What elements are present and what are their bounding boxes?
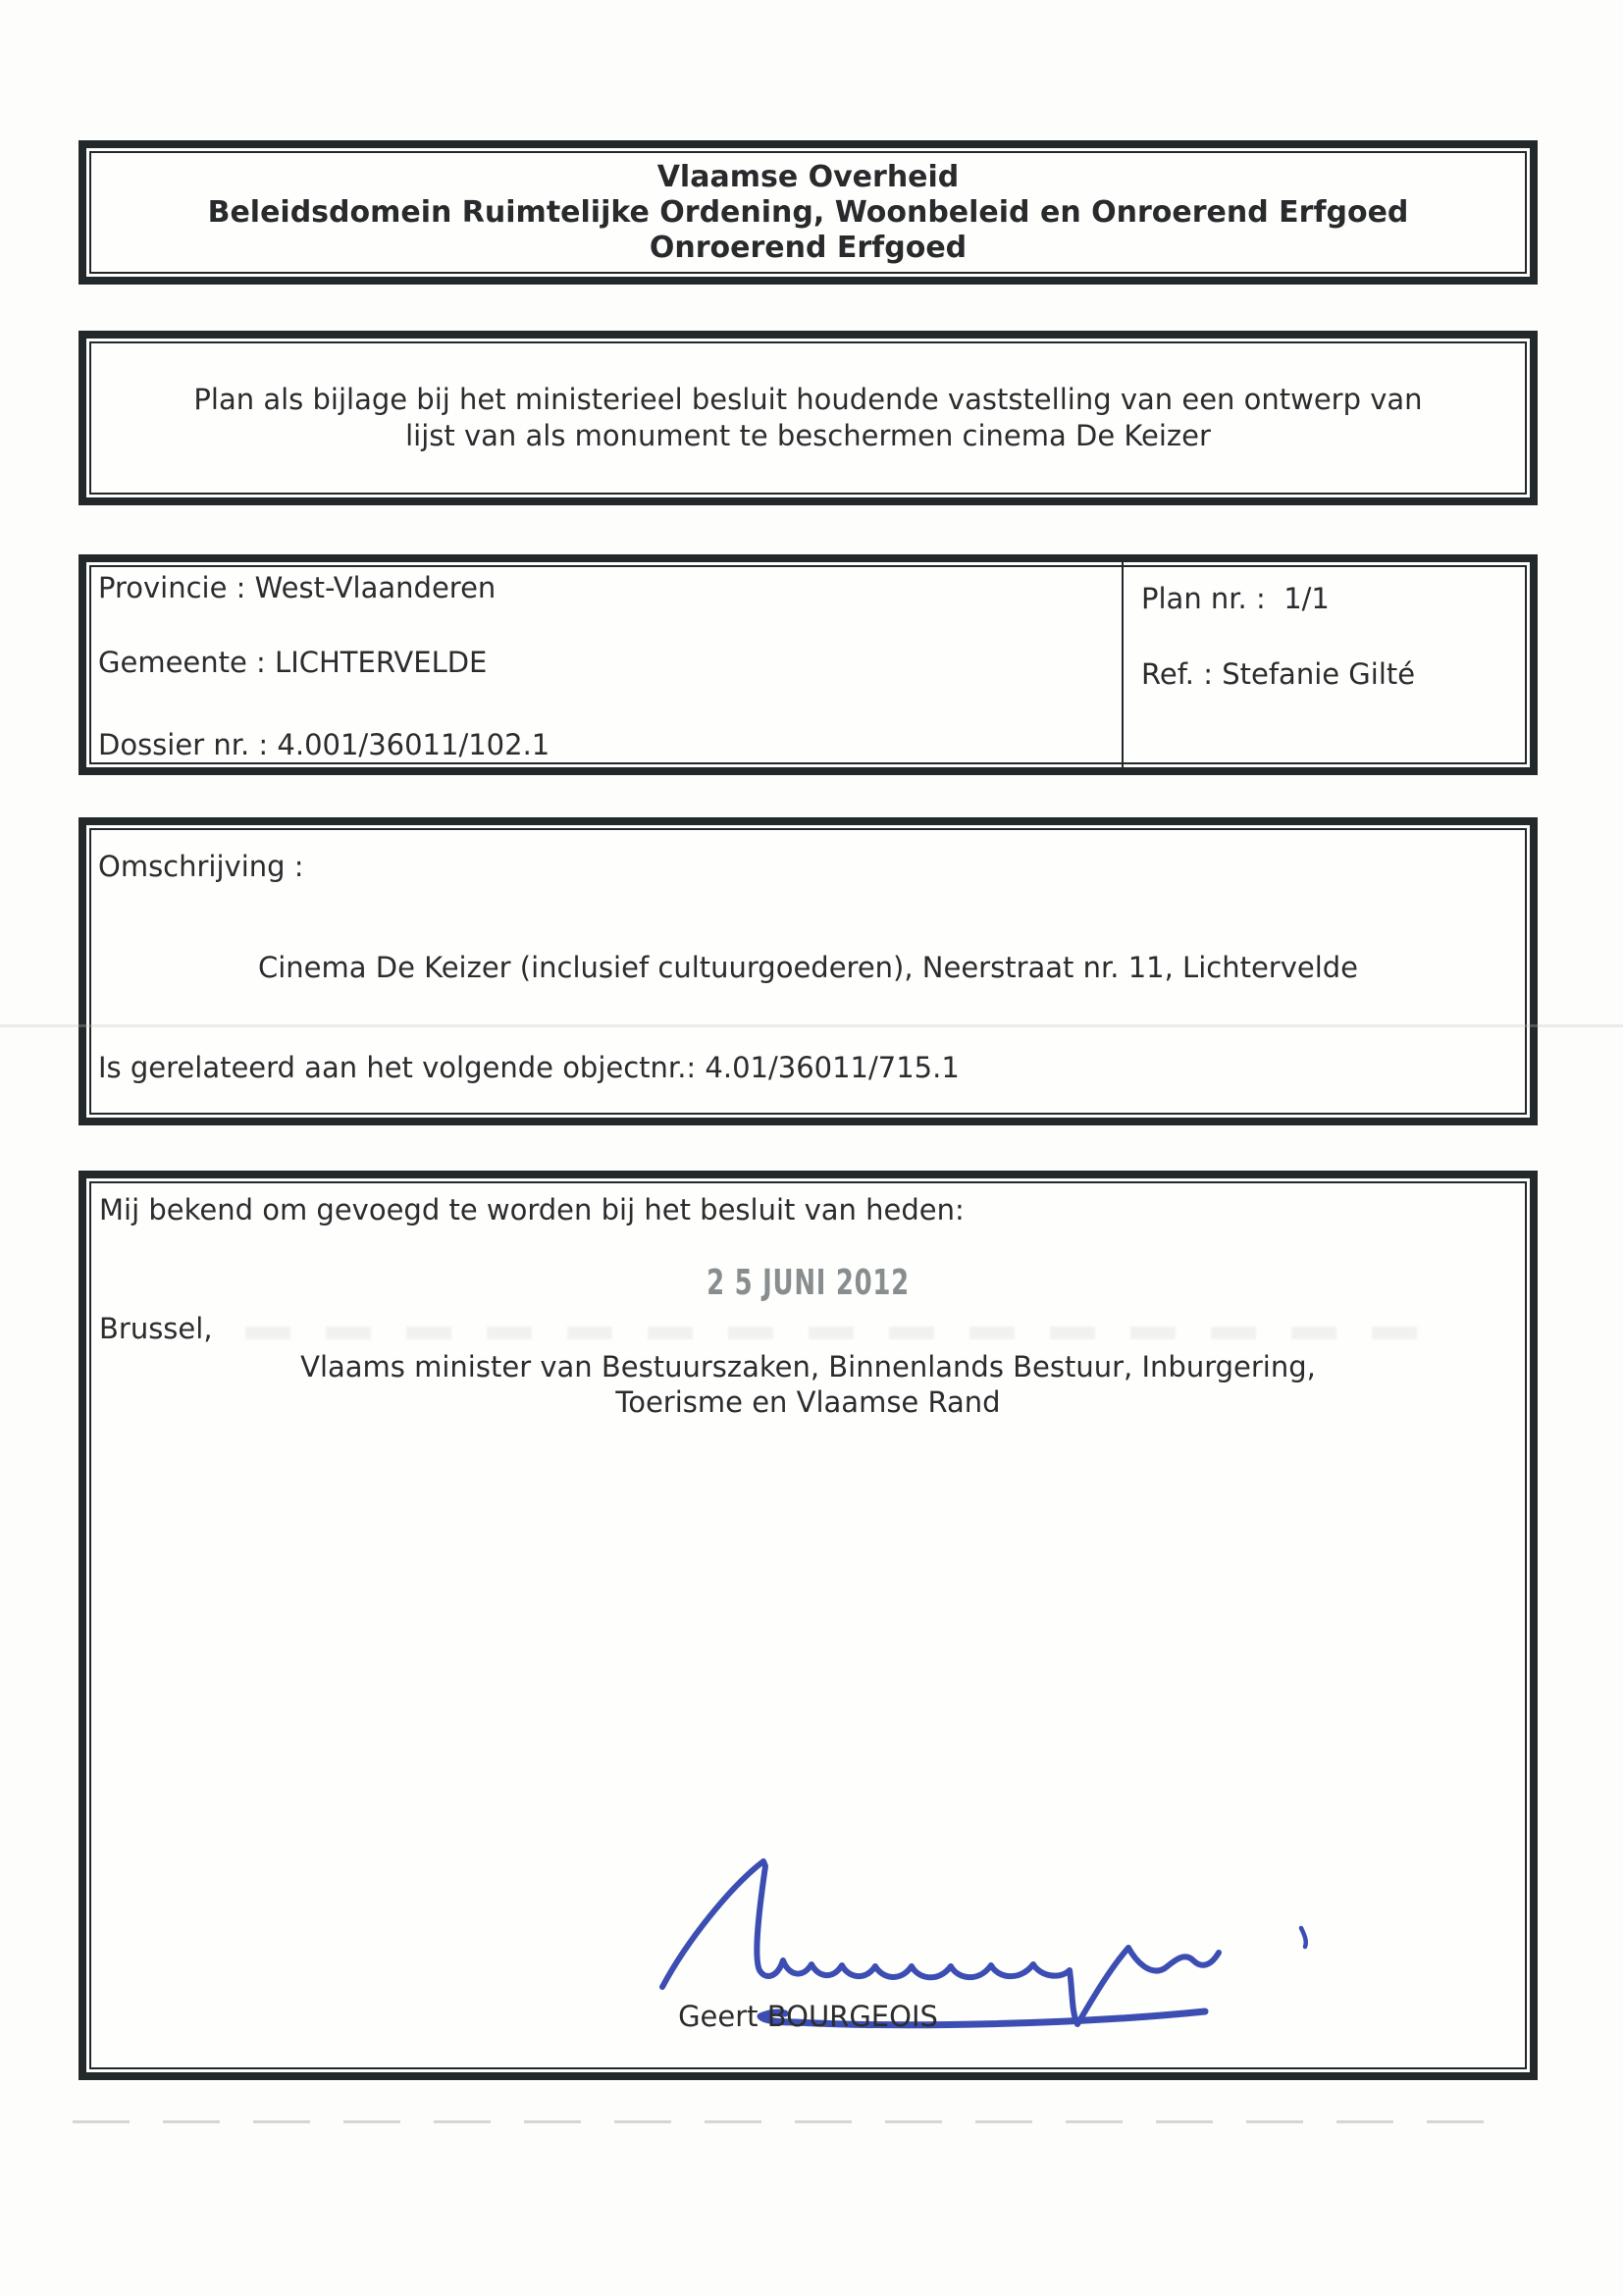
org-agency: Onroerend Erfgoed xyxy=(86,231,1530,266)
column-divider xyxy=(1122,562,1124,767)
description-box: Omschrijving : Cinema De Keizer (inclusi… xyxy=(79,817,1538,1125)
minister-title-line2: Toerisme en Vlaamse Rand xyxy=(86,1384,1530,1420)
org-policy-domain: Beleidsdomein Ruimtelijke Ordening, Woon… xyxy=(86,195,1530,231)
monument-description: Cinema De Keizer (inclusief cultuurgoede… xyxy=(86,950,1530,985)
scan-dashed-line-artifact xyxy=(73,2120,1517,2123)
plan-title-line1: Plan als bijlage bij het ministerieel be… xyxy=(86,382,1530,418)
city-label: Brussel, xyxy=(99,1311,213,1346)
field-plan-nr: Plan nr. : 1/1 xyxy=(1141,581,1330,616)
field-gemeente: Gemeente : LICHTERVELDE xyxy=(98,645,487,680)
document-page: Vlaamse Overheid Beleidsdomein Ruimtelij… xyxy=(0,0,1623,2296)
signatory-name: Geert BOURGEOIS xyxy=(86,1999,1530,2034)
field-dossier-nr: Dossier nr. : 4.001/36011/102.1 xyxy=(98,727,550,762)
certification-statement: Mij bekend om gevoegd te worden bij het … xyxy=(99,1192,965,1227)
dossier-info-box: Provincie : West-Vlaanderen Gemeente : L… xyxy=(79,554,1538,775)
minister-title-line1: Vlaams minister van Bestuurszaken, Binne… xyxy=(86,1349,1530,1384)
plan-title-line2: lijst van als monument te beschermen cin… xyxy=(86,418,1530,454)
field-ref: Ref. : Stefanie Gilté xyxy=(1141,656,1415,692)
signature-box: Mij bekend om gevoegd te worden bij het … xyxy=(79,1171,1538,2080)
description-label: Omschrijving : xyxy=(98,849,304,884)
org-name: Vlaamse Overheid xyxy=(86,160,1530,195)
plan-title-box: Plan als bijlage bij het ministerieel be… xyxy=(79,331,1538,505)
related-object: Is gerelateerd aan het volgende objectnr… xyxy=(98,1050,960,1085)
date-stamp-row: 2 5 JUNI 2012 xyxy=(86,1263,1530,1303)
field-provincie: Provincie : West-Vlaanderen xyxy=(98,570,496,605)
letterhead-box: Vlaamse Overheid Beleidsdomein Ruimtelij… xyxy=(79,140,1538,285)
date-stamp: 2 5 JUNI 2012 xyxy=(707,1263,910,1303)
